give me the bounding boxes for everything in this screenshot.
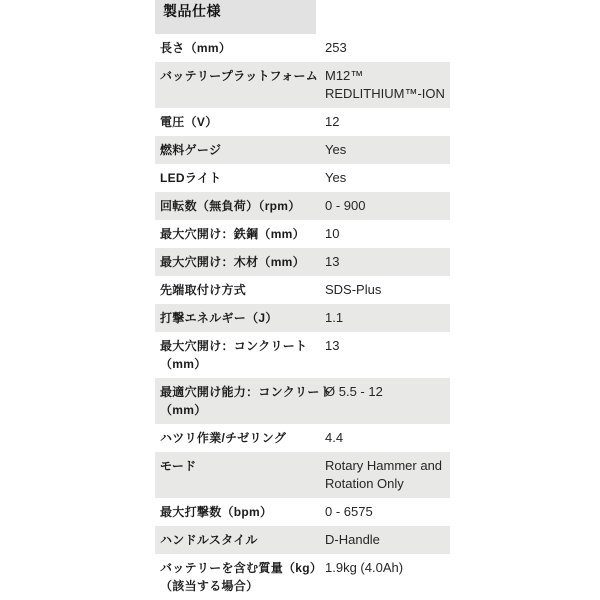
spec-row-label: バッテリープラットフォーム: [155, 62, 325, 108]
spec-row-label: モード: [155, 452, 325, 498]
spec-row: 燃料ゲージYes: [155, 136, 450, 164]
spec-row-label: 打撃エネルギー（J）: [155, 304, 325, 332]
spec-row: 長さ（mm）253: [155, 34, 450, 62]
spec-row: 打撃エネルギー（J）1.1: [155, 304, 450, 332]
spec-row-value: 1.9kg (4.0Ah): [325, 554, 450, 600]
spec-row-label: 最大穴開け：木材（mm）: [155, 248, 325, 276]
spec-row-value: 13: [325, 332, 450, 378]
spec-row: LEDライトYes: [155, 164, 450, 192]
spec-row-value: Yes: [325, 136, 450, 164]
spec-row-value: 4.4: [325, 424, 450, 452]
spec-row-label: 先端取付け方式: [155, 276, 325, 304]
spec-row-label: 最大穴開け：鉄鋼（mm）: [155, 220, 325, 248]
spec-row-value: SDS-Plus: [325, 276, 450, 304]
spec-row-value: 0 - 6575: [325, 498, 450, 526]
spec-row: 最大穴開け：木材（mm）13: [155, 248, 450, 276]
spec-row: 最大穴開け：鉄鋼（mm）10: [155, 220, 450, 248]
spec-row-label: 最適穴開け能力：コンクリート （mm）: [155, 378, 325, 424]
spec-row-label: LEDライト: [155, 164, 325, 192]
spec-row-value: D-Handle: [325, 526, 450, 554]
spec-row-value: 0 - 900: [325, 192, 450, 220]
spec-row: 最大穴開け：コンクリート （mm）13: [155, 332, 450, 378]
spec-table-title: 製品仕様: [155, 0, 316, 34]
spec-table: 製品仕様 長さ（mm）253バッテリープラットフォームM12™ REDLITHI…: [155, 0, 450, 600]
spec-row-label: 長さ（mm）: [155, 34, 325, 62]
spec-row: バッテリーを含む質量（kg） （該当する場合）1.9kg (4.0Ah): [155, 554, 450, 600]
spec-row-label: 最大穴開け：コンクリート （mm）: [155, 332, 325, 378]
spec-row-label: バッテリーを含む質量（kg） （該当する場合）: [155, 554, 325, 600]
spec-row: 最適穴開け能力：コンクリート （mm）Ø 5.5 - 12: [155, 378, 450, 424]
spec-row-value: 12: [325, 108, 450, 136]
spec-row-value: Yes: [325, 164, 450, 192]
spec-row: 先端取付け方式SDS-Plus: [155, 276, 450, 304]
spec-row: ハンドルスタイルD-Handle: [155, 526, 450, 554]
spec-row-label: 電圧（V）: [155, 108, 325, 136]
spec-row-value: Rotary Hammer and Rotation Only: [325, 452, 450, 498]
spec-row-label: 最大打撃数（bpm）: [155, 498, 325, 526]
spec-row-value: 10: [325, 220, 450, 248]
product-spec-page: 製品仕様 長さ（mm）253バッテリープラットフォームM12™ REDLITHI…: [0, 0, 600, 600]
spec-row: ハツリ作業/チゼリング4.4: [155, 424, 450, 452]
spec-row-label: ハンドルスタイル: [155, 526, 325, 554]
spec-row-label: 燃料ゲージ: [155, 136, 325, 164]
spec-table-body: 長さ（mm）253バッテリープラットフォームM12™ REDLITHIUM™-I…: [155, 34, 450, 600]
spec-row-value: M12™ REDLITHIUM™-ION: [325, 62, 450, 108]
spec-row: 電圧（V）12: [155, 108, 450, 136]
spec-row-value: 253: [325, 34, 450, 62]
spec-row-label: ハツリ作業/チゼリング: [155, 424, 325, 452]
spec-row-value: 13: [325, 248, 450, 276]
spec-row-value: 1.1: [325, 304, 450, 332]
spec-row: 回転数（無負荷）（rpm）0 - 900: [155, 192, 450, 220]
spec-row-label: 回転数（無負荷）（rpm）: [155, 192, 325, 220]
spec-row: 最大打撃数（bpm）0 - 6575: [155, 498, 450, 526]
spec-row: バッテリープラットフォームM12™ REDLITHIUM™-ION: [155, 62, 450, 108]
spec-row: モードRotary Hammer and Rotation Only: [155, 452, 450, 498]
spec-row-value: Ø 5.5 - 12: [325, 378, 450, 424]
